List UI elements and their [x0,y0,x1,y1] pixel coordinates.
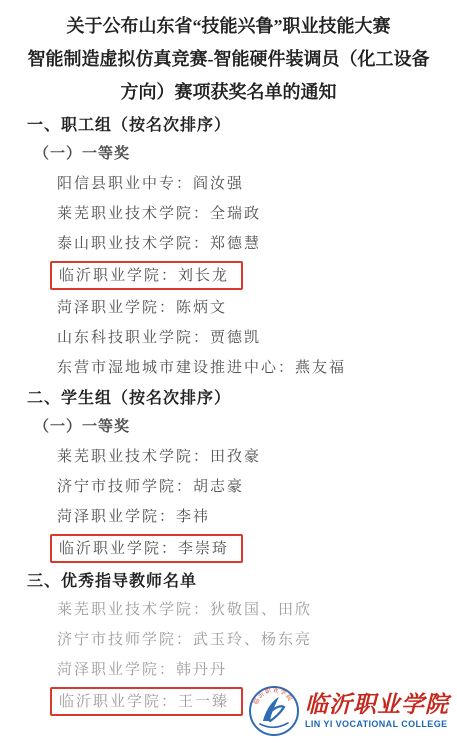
subheading-first-prize-workers: （一）一等奖 [34,146,447,162]
award-entry: 济宁市技师学院：胡志豪 [57,479,447,495]
title-line-3: 方向）赛项获奖名单的通知 [14,76,443,109]
college-logo-text: 临沂职业学院 LIN YI VOCATIONAL COLLEGE [305,693,449,729]
section-worker-group: 一、职工组（按名次排序） （一）一等奖 阳信县职业中专：阎汝强 莱芜职业技术学院… [10,117,447,376]
title-line-1: 关于公布山东省“技能兴鲁”职业技能大赛 [14,10,443,43]
award-entry: 莱芜职业技术学院：田孜豪 [57,449,447,465]
page-title: 关于公布山东省“技能兴鲁”职业技能大赛 智能制造虚拟仿真竞赛-智能硬件装调员（化… [14,10,443,109]
teacher-entry: 济宁市技师学院：武玉玲、杨东亮 [57,632,447,648]
subheading-first-prize-students: （一）一等奖 [34,419,447,435]
college-emblem-icon: 临沂职业学院 [248,685,300,737]
teacher-entry: 菏泽职业学院：韩丹丹 [57,662,447,678]
award-entry-highlighted: 临沂职业学院：刘长龙 [50,261,243,290]
award-entry: 阳信县职业中专：阎汝强 [57,176,447,192]
award-entry: 菏泽职业学院：李祎 [57,509,447,525]
notice-document: 关于公布山东省“技能兴鲁”职业技能大赛 智能制造虚拟仿真竞赛-智能硬件装调员（化… [0,0,457,716]
title-line-2: 智能制造虚拟仿真竞赛-智能硬件装调员（化工设备 [14,43,443,76]
award-entry: 东营市湿地城市建设推进中心：燕友福 [57,360,447,376]
section-heading-worker-group: 一、职工组（按名次排序） [27,117,447,134]
college-name-chinese: 临沂职业学院 [305,693,449,717]
teacher-entry: 莱芜职业技术学院：狄敬国、田欣 [57,602,447,618]
college-logo: 临沂职业学院 临沂职业学院 LIN YI VOCATIONAL COLLEGE [248,685,449,737]
award-entry: 山东科技职业学院：贾德凯 [57,330,447,346]
section-student-group: 二、学生组（按名次排序） （一）一等奖 莱芜职业技术学院：田孜豪 济宁市技师学院… [10,390,447,563]
award-entry: 泰山职业技术学院：郑德慧 [57,236,447,252]
award-entry: 莱芜职业技术学院：全瑞政 [57,206,447,222]
award-entry: 菏泽职业学院：陈炳文 [57,300,447,316]
college-name-english: LIN YI VOCATIONAL COLLEGE [305,719,448,729]
section-heading-excellent-teachers: 三、优秀指导教师名单 [27,573,447,590]
section-heading-student-group: 二、学生组（按名次排序） [27,390,447,407]
teacher-entry-highlighted: 临沂职业学院：王一臻 [50,687,243,716]
award-entry-highlighted: 临沂职业学院：李崇琦 [50,534,243,563]
